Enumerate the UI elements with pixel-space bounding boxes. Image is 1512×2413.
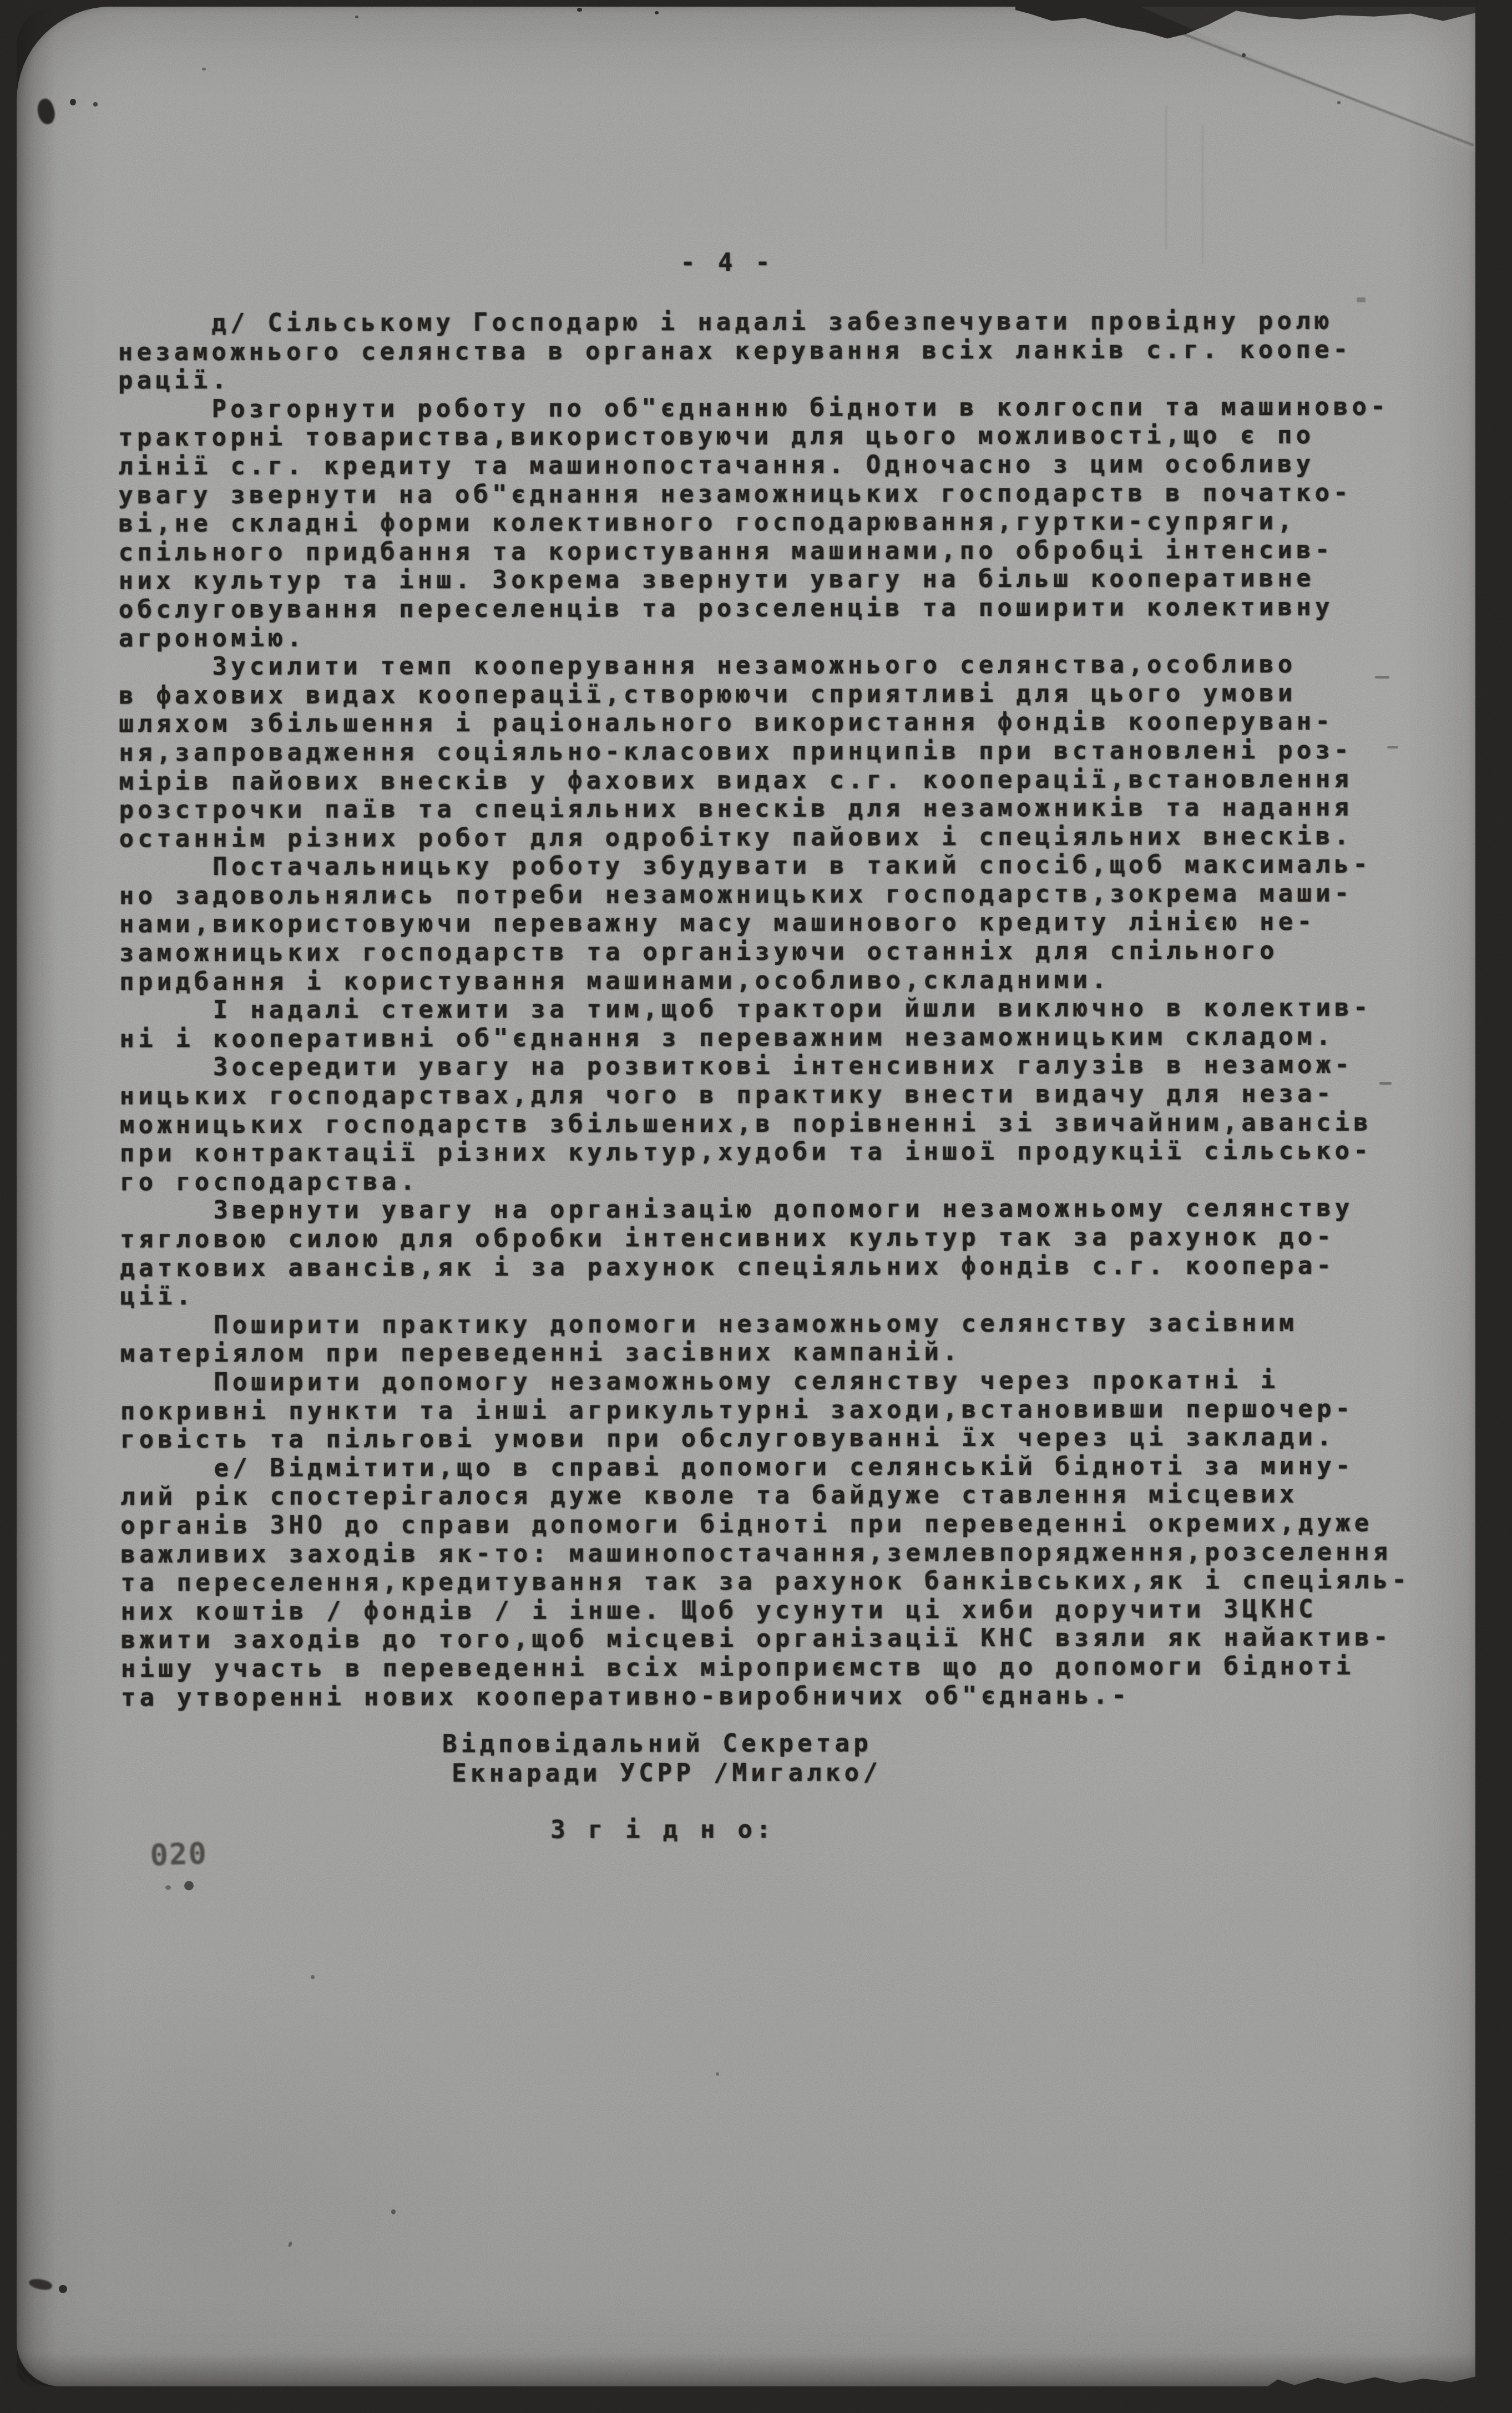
typewritten-text-layer: - 4 - д/ Сільському Господарю і надалі з… [0,0,1512,2413]
body-text-line: говість та пільгові умови при обслуговув… [120,1423,1410,1454]
body-text-line: тракторні товариства,використовуючи для … [118,421,1408,452]
body-text-line: матеріялом при переведенні засівних камп… [120,1337,1410,1368]
body-text-line: мірів пайових внесків у фахових видах с.… [119,765,1409,796]
body-text-line: заможницьких господарств та організуючи … [119,937,1409,968]
page-number: - 4 - [680,249,774,277]
body-text-line: ні і кооперативні об"єднання з переважни… [119,1022,1409,1053]
body-text-line: та утворенні нових кооперативно-виробнич… [121,1681,1411,1712]
body-text-line: ції. [120,1280,1410,1311]
body-text-line: в фахових видах кооперації,створюючи спр… [119,679,1409,710]
signature-org-name-line: Екнаради УСРР /Мигалко/ [452,1759,882,1788]
body-text-line: при контрактації різних культур,худоби т… [120,1137,1410,1168]
body-text-line: останнім різних робот для одробітку пайо… [119,822,1409,853]
body-text-line: можницьких господарств збільшених,в порі… [120,1108,1410,1139]
body-text-line: Поширити допомогу незаможньому селянству… [120,1366,1410,1397]
body-text-line: лінії с.г. кредиту та машинопостачання. … [118,450,1408,481]
body-text-line: ня,запровадження соціяльно-класових прин… [119,736,1409,767]
document-body-text: д/ Сільському Господарю і надалі забезпе… [118,307,1411,1712]
agreement-label: З г і д н о: [550,1815,775,1844]
body-text-line: розстрочки паїв та спеціяльних внесків д… [119,793,1409,824]
body-text-line: агрономію. [119,621,1409,652]
body-text-line: них коштів / фондів / і інше. Щоб усунут… [120,1595,1410,1626]
body-text-line: придбання і користування машинами,особли… [119,965,1409,996]
body-text-line: вжити заходів до того,щоб місцеві органі… [121,1623,1411,1655]
body-text-line: тягловою силою для обробки інтенсивних к… [120,1223,1410,1254]
body-text-line: та переселення,кредитування так за рахун… [120,1566,1410,1597]
body-text-line: лий рік спостерігалося дуже кволе та бай… [120,1480,1410,1511]
body-text-line: Зусилити темп кооперування незаможнього … [119,650,1409,681]
body-text-line: Зосередити увагу на розвиткові інтенсивн… [119,1051,1409,1082]
corner-pencil-mark: 020 [149,1835,208,1873]
body-text-line: нами,використовуючи переважну масу машин… [119,908,1409,939]
body-text-line: важливих заходів як-то: машинопостачання… [120,1537,1410,1569]
body-text-line: даткових авансів,як і за рахунок спеціял… [120,1251,1410,1282]
scanned-document-page: - 4 - д/ Сільському Господарю і надалі з… [0,0,1512,2413]
body-text-line: е/ Відмітити,що в справі допомоги селянс… [120,1451,1410,1483]
body-text-line: них культур та інш. Зокрема звернути ува… [119,564,1409,595]
body-text-line: органів ЗНО до справи допомоги бідноті п… [120,1509,1410,1540]
body-text-line: ницьких господарствах,для чого в практик… [120,1080,1410,1111]
body-text-line: увагу звернути на об"єднання незаможниць… [118,478,1408,509]
body-text-line: д/ Сільському Господарю і надалі забезпе… [118,307,1408,338]
body-text-line: І надалі стежити за тим,щоб трактори йшл… [119,994,1409,1025]
body-text-line: Звернути увагу на організацію допомоги н… [120,1194,1410,1225]
body-text-line: шляхом збільшення і раціонального викори… [119,707,1409,738]
body-text-line: нішу участь в переведенні всіх міроприєм… [121,1652,1411,1683]
body-text-line: обслуговування переселенців та розселенц… [119,593,1409,624]
body-text-line: ві,не складні форми колективного господа… [118,507,1408,538]
signature-role-line: Відповідальний Секретар [442,1729,872,1759]
body-text-line: покривні пункти та інші агрикультурні за… [120,1394,1410,1425]
body-text-line: незаможнього селянства в органах керуван… [118,335,1408,366]
body-text-line: го господарства. [120,1165,1410,1196]
body-text-line: рації. [118,364,1408,395]
body-text-line: Постачальницьку роботу збудувати в такий… [119,851,1409,882]
body-text-line: Розгорнути роботу по об"єднанню бідноти … [118,392,1408,423]
body-text-line: но задовольнялись потреби незаможницьких… [119,879,1409,910]
body-text-line: спільного придбання та користування маши… [118,535,1408,566]
body-text-line: Поширити практику допомоги незаможньому … [120,1308,1410,1339]
